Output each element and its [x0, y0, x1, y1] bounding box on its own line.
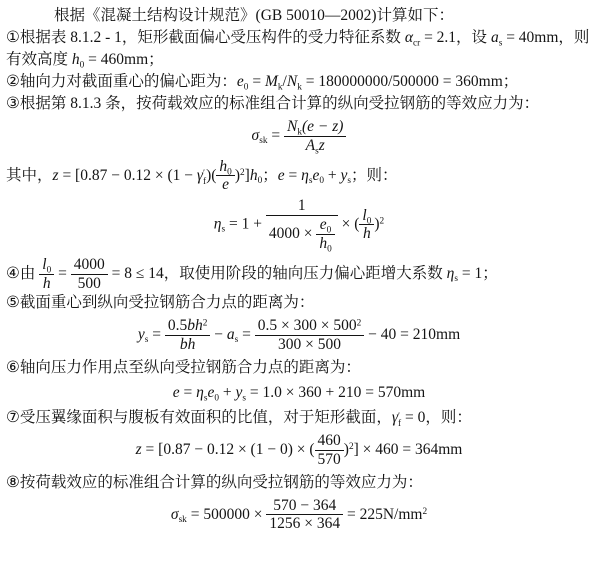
text-run: ； — [262, 167, 278, 184]
text-run: 其中， — [6, 167, 53, 184]
fraction: 0.5bh2bh — [165, 317, 211, 354]
text-run: = — [267, 127, 284, 144]
fraction-denominator: bh — [165, 336, 211, 354]
step1-paragraph: ①根据表 8.1.2 - 1，矩形截面偏心受压构件的受力特征系数 αcr = 2… — [6, 27, 592, 71]
math-var-eta: η — [196, 384, 204, 401]
fraction-numerator: e0 — [316, 216, 334, 235]
text-run: ] × 460 = 364mm — [354, 441, 463, 458]
math-var-Mk: M — [265, 73, 278, 90]
math-var-e: e — [173, 384, 180, 401]
fraction-numerator: 1 — [266, 197, 338, 216]
fraction-nested: e0h0 — [316, 216, 334, 253]
text-run: )( — [206, 167, 216, 184]
math-var-e: e — [222, 176, 229, 193]
fraction-numerator: 0.5bh2 — [165, 317, 211, 336]
text-run: = 500000 × — [187, 505, 266, 522]
math-sub: sk — [179, 515, 187, 525]
text-run: × ( — [338, 216, 360, 233]
fraction-denominator: h — [359, 225, 374, 243]
math-var-h0: h — [72, 51, 80, 68]
text-run: = 1 + — [225, 216, 266, 233]
math-var-h0: h — [250, 167, 258, 184]
fraction-denominator: 1256 × 364 — [266, 515, 343, 533]
fraction: 14000 × e0h0 — [266, 197, 338, 252]
text-run: + — [219, 384, 236, 401]
math-sup: 2 — [357, 319, 362, 329]
text-run: ⑧按荷载效应的标准组合计算的纵向受拉钢筋的等效应力为： — [6, 474, 423, 491]
text-run: = — [180, 384, 197, 401]
formula-e: e = ηse0 + ys = 1.0 × 360 + 210 = 570mm — [6, 382, 592, 404]
text-run: = 1.0 × 360 + 210 = 570mm — [246, 384, 425, 401]
math-var-z: z — [319, 137, 325, 154]
math-var-h0: h — [319, 235, 327, 252]
step5-paragraph: ⑤截面重心到纵向受拉钢筋合力点的距离为： — [6, 292, 592, 314]
text-run: = 2.1，设 — [420, 29, 491, 46]
text-run: = 0，则： — [401, 409, 472, 426]
fraction-numerator: h0 — [216, 158, 234, 177]
fraction-denominator: e — [216, 176, 234, 194]
intro-paragraph: 根据《混凝土结构设计规范》(GB 50010—2002)计算如下： — [6, 5, 592, 27]
fraction-denominator: 4000 × e0h0 — [266, 216, 338, 253]
math-sup: 2 — [203, 319, 208, 329]
formula-sigma-sk-result: σsk = 500000 × 570 − 3641256 × 364 = 225… — [6, 497, 592, 534]
step7-paragraph: ⑦受压翼缘面积与腹板有效面积的比值，对于矩形截面，γ′f = 0，则： — [6, 407, 592, 429]
fraction: l0h — [359, 207, 374, 244]
formula-y-s: ys = 0.5bh2bh − as = 0.5 × 300 × 5002300… — [6, 317, 592, 354]
formula-sigma-sk: σsk = Nk(e − z)Asz — [6, 118, 592, 155]
math-var-sigma: σ — [171, 505, 179, 522]
math-sub: 0 — [327, 244, 332, 254]
fraction-denominator: 500 — [71, 275, 108, 293]
text-run: ④由 — [6, 265, 39, 282]
math-var-e0: e — [237, 73, 244, 90]
text-run: = 1； — [458, 265, 498, 282]
text-run: ⑥轴向压力作用点至纵向受拉钢筋合力点的距离为： — [6, 359, 361, 376]
step6-paragraph: ⑥轴向压力作用点至纵向受拉钢筋合力点的距离为： — [6, 357, 592, 379]
text-run: ⑦受压翼缘面积与腹板有效面积的比值，对于矩形截面， — [6, 409, 392, 426]
text-run: = — [285, 167, 302, 184]
math-var-eta: η — [301, 167, 309, 184]
step2-paragraph: ②轴向力对截面重心的偏心距为：e0 = Mk/Nk = 180000000/50… — [6, 71, 592, 93]
math-var-e: e — [278, 167, 285, 184]
text-run: 0.5 — [168, 317, 187, 334]
text-run: = — [248, 73, 265, 90]
fraction-denominator: 570 — [315, 451, 344, 469]
math-var-bh: bh — [180, 336, 196, 353]
math-expr: (e − z) — [302, 118, 343, 135]
formula-eta-s: ηs = 1 + 14000 × e0h0 × (l0h)2 — [6, 197, 592, 252]
fraction-numerator: 460 — [315, 432, 344, 451]
math-sub: 0 — [327, 225, 332, 235]
text-run: − — [210, 326, 227, 343]
fraction-numerator: l0 — [39, 256, 54, 275]
fraction: l0h — [39, 256, 54, 293]
fraction-numerator: 4000 — [71, 256, 108, 275]
math-var-e0: e — [320, 216, 327, 233]
math-sup: 2 — [422, 507, 427, 517]
text-run: ①根据表 8.1.2 - 1，矩形截面偏心受压构件的受力特征系数 — [6, 29, 405, 46]
text-run: ；则： — [351, 167, 398, 184]
text-run: ②轴向力对截面重心的偏心距为： — [6, 73, 237, 90]
fraction-denominator: Asz — [284, 137, 346, 155]
text-run: = 225N/mm — [343, 505, 422, 522]
fraction: 0.5 × 300 × 5002300 × 500 — [255, 317, 365, 354]
document-page: 根据《混凝土结构设计规范》(GB 50010—2002)计算如下： ①根据表 8… — [0, 0, 600, 562]
text-run: = [0.87 − 0.12 × (1 − — [59, 167, 197, 184]
step8-paragraph: ⑧按荷载效应的标准组合计算的纵向受拉钢筋的等效应力为： — [6, 472, 592, 494]
math-var-h: h — [43, 275, 51, 292]
math-var-Nk: N — [287, 118, 297, 135]
text-run: = 180000000/500000 = 360mm； — [302, 73, 518, 90]
text-run: ③根据第 8.1.3 条，按荷载效应的标准组合计算的纵向受拉钢筋的等效应力为： — [6, 95, 539, 112]
fraction-numerator: 0.5 × 300 × 5002 — [255, 317, 365, 336]
text-run: = — [54, 265, 71, 282]
math-var-Nk: N — [287, 73, 297, 90]
math-var-a: a — [227, 326, 235, 343]
text-run: = — [148, 326, 165, 343]
step4-paragraph: ④由 l0h = 4000500 = 8 ≤ 14，取使用阶段的轴向压力偏心距增… — [6, 256, 592, 293]
fraction-numerator: l0 — [359, 207, 374, 226]
text-run: + — [324, 167, 341, 184]
text-run: = [0.87 − 0.12 × (1 − 0) × ( — [142, 441, 315, 458]
fraction-numerator: Nk(e − z) — [284, 118, 346, 137]
fraction: 570 − 3641256 × 364 — [266, 497, 343, 534]
text-run: = 460mm； — [84, 51, 163, 68]
math-var-a: a — [491, 29, 499, 46]
fraction: Nk(e − z)Asz — [284, 118, 346, 155]
text-run: = — [238, 326, 255, 343]
fraction: 460570 — [315, 432, 344, 469]
math-sub: 0 — [227, 167, 232, 177]
fraction-denominator: h — [39, 275, 54, 293]
text-run: 0.5 × 300 × 500 — [258, 317, 357, 334]
math-var-bh: bh — [187, 317, 203, 334]
where-paragraph: 其中，z = [0.87 − 0.12 × (1 − γ′f)(h0e)2]h0… — [6, 158, 592, 195]
text-run: ⑤截面重心到纵向受拉钢筋合力点的距离为： — [6, 294, 314, 311]
math-var-alpha: α — [405, 29, 413, 46]
math-sub: 0 — [367, 216, 372, 226]
math-var-h0: h — [219, 158, 227, 175]
math-var-h: h — [363, 225, 371, 242]
fraction-numerator: 570 − 364 — [266, 497, 343, 516]
fraction-denominator: h0 — [316, 235, 334, 253]
math-var-ys: y — [138, 326, 145, 343]
fraction: h0e — [216, 158, 234, 195]
fraction-denominator: 300 × 500 — [255, 336, 365, 354]
math-sub: 0 — [47, 265, 52, 275]
text-run: − 40 = 210mm — [364, 326, 460, 343]
formula-z: z = [0.87 − 0.12 × (1 − 0) × (460570)2] … — [6, 432, 592, 469]
fraction: 4000500 — [71, 256, 108, 293]
intro-text: 根据《混凝土结构设计规范》(GB 50010—2002)计算如下： — [54, 7, 454, 24]
text-run: 4000 × — [269, 225, 317, 242]
text-run: = 8 ≤ 14，取使用阶段的轴向压力偏心距增大系数 — [108, 265, 447, 282]
math-var-As: A — [306, 137, 315, 154]
math-sup: 2 — [380, 217, 385, 227]
step3-paragraph: ③根据第 8.1.3 条，按荷载效应的标准组合计算的纵向受拉钢筋的等效应力为： — [6, 93, 592, 115]
